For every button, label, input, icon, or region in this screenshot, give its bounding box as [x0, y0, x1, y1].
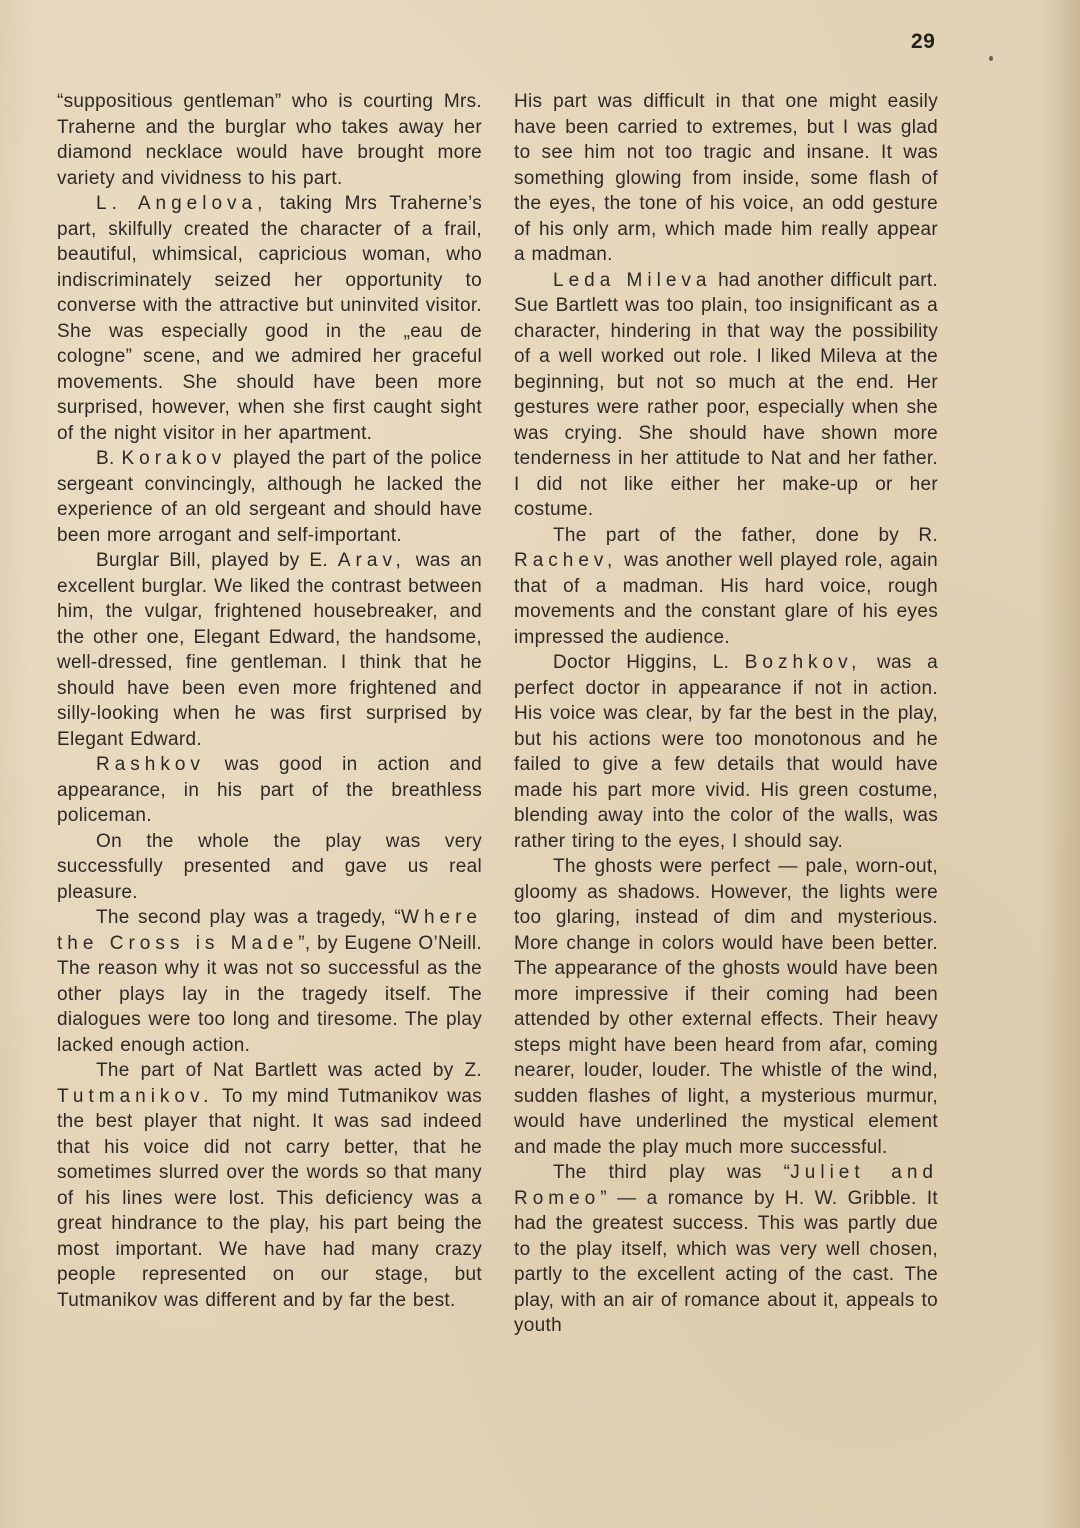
paragraph-ghosts: The ghosts were perfect — pale, worn-out… — [514, 854, 938, 1160]
paragraph-prefix: The third play was “ — [553, 1162, 790, 1183]
paragraph-third-play: The third play was “Juliet and Romeo” — … — [514, 1160, 938, 1339]
actor-name: Arav, — [338, 550, 406, 571]
paragraph-text: “suppositious gentleman” who is courting… — [57, 91, 482, 189]
actor-name: Bozhkov, — [745, 652, 862, 673]
paragraph-prefix: B. — [96, 448, 121, 469]
paragraph-prefix: The part of the father, done by R. — [553, 525, 938, 546]
paragraph-text: On the whole the play was very successfu… — [57, 831, 482, 903]
actor-name: Tutmanikov. — [57, 1086, 213, 1107]
paragraph-prefix: Burglar Bill, played by E. — [96, 550, 338, 571]
paragraph-korakov: B. Korakov played the part of the police… — [57, 446, 482, 548]
paper-speck — [989, 56, 993, 61]
right-column: His part was difficult in that one might… — [514, 89, 938, 1339]
paragraph-prefix: The part of Nat Bartlett was acted by Z. — [96, 1060, 482, 1081]
paragraph-text: had another difficult part. Sue Bartlett… — [514, 270, 938, 521]
paragraph-mileva: Leda Mileva had another difficult part. … — [514, 268, 938, 523]
paragraph-text: taking Mrs Traherne’s part, skilfully cr… — [57, 193, 482, 444]
paragraph-tutmanikov: The part of Nat Bartlett was acted by Z.… — [57, 1058, 482, 1313]
paragraph-text: ” — a romance by H. W. Gribble. It had t… — [514, 1188, 938, 1337]
paragraph-rachev: The part of the father, done by R. Rache… — [514, 523, 938, 651]
paragraph-text: The ghosts were perfect — pale, worn-out… — [514, 856, 938, 1158]
page-number: 29 — [911, 30, 935, 54]
paragraph-prefix: Doctor Higgins, L. — [553, 652, 745, 673]
paragraph-on-the-whole: On the whole the play was very successfu… — [57, 829, 482, 906]
actor-name: L. Angelova, — [96, 193, 267, 214]
paragraph-rashkov: Rashkov was good in action and appearanc… — [57, 752, 482, 829]
actor-name: Rashkov — [96, 754, 205, 775]
paragraph-his-part-difficult: His part was difficult in that one might… — [514, 89, 938, 268]
actor-name: Leda Mileva — [553, 270, 711, 291]
paragraph-angelova: L. Angelova, taking Mrs Traherne’s part,… — [57, 191, 482, 446]
paragraph-second-play: The second play was a tragedy, “Where th… — [57, 905, 482, 1058]
paragraph-arav: Burglar Bill, played by E. Arav, was an … — [57, 548, 482, 752]
paragraph-text: His part was difficult in that one might… — [514, 91, 938, 265]
paragraph-text: To my mind Tutmanikov was the best playe… — [57, 1086, 482, 1311]
actor-name: Korakov — [121, 448, 226, 469]
paragraph-text: was an excellent burglar. We liked the c… — [57, 550, 482, 750]
actor-name: Rachev, — [514, 550, 617, 571]
paragraph-bozhkov: Doctor Higgins, L. Bozhkov, was a perfec… — [514, 650, 938, 854]
paragraph-prefix: The second play was a tragedy, “ — [96, 907, 401, 928]
left-column: “suppositious gentleman” who is courting… — [57, 89, 482, 1313]
paragraph-suppositious-gentleman: “suppositious gentleman” who is courting… — [57, 89, 482, 191]
paragraph-text: was a perfect doctor in appearance if no… — [514, 652, 938, 852]
